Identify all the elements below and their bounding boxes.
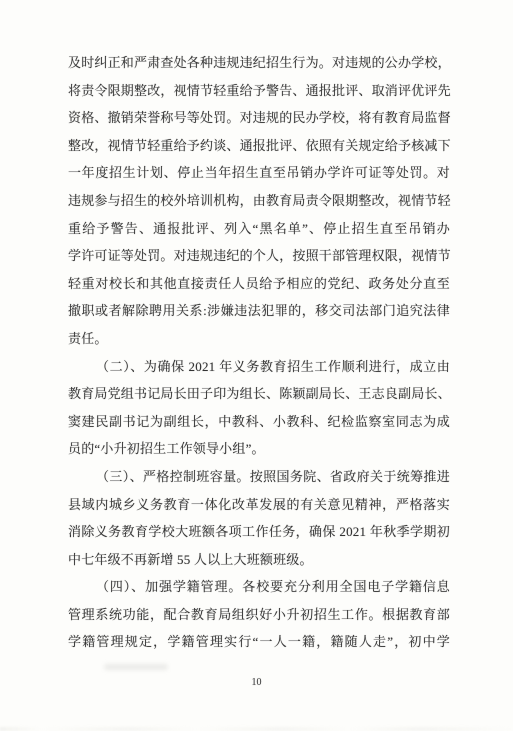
text-line: 轻重对校长和其他直接责任人员给予相应的党纪、政务处分直至 xyxy=(68,270,450,298)
text-line: 员的“小升初招生工作领导小组”。 xyxy=(68,435,450,463)
text-line-paragraph-4-start: （四）、加强学籍管理。各校要充分利用全国电子学籍信息 xyxy=(68,573,450,601)
text-line: 违规参与招生的校外培训机构，由教育局责令限期整改，视情节轻 xyxy=(68,187,450,215)
scan-edge-artifact xyxy=(0,727,513,731)
text-line: 撤职或者解除聘用关系:涉嫌违法犯罪的，移交司法部门追究法律 xyxy=(68,297,450,325)
text-line: 县域内城乡义务教育一体化改革发展的有关意见精神，严格落实 xyxy=(68,491,450,519)
text-line: 整改，视情节轻重给予约谈、通报批评、依照有关规定给予核减下 xyxy=(68,132,450,160)
text-line: 消除义务教育学校大班额各项工作任务，确保 2021 年秋季学期初 xyxy=(68,518,450,546)
text-line: 学许可证等处罚。对违规违纪的个人，按照干部管理权限，视情节 xyxy=(68,242,450,270)
text-line: 一年度招生计划、停止当年招生直至吊销办学许可证等处罚。对 xyxy=(68,159,450,187)
text-line: 窦建民副书记为副组长，中教科、小教科、纪检监察室同志为成 xyxy=(68,408,450,436)
text-line-paragraph-3-start: （三）、严格控制班容量。按照国务院、省政府关于统筹推进 xyxy=(68,463,450,491)
text-line: 资格、撤销荣誉称号等处罚。对违规的民办学校，将有教育局监督 xyxy=(68,104,450,132)
text-line: 管理系统功能，配合教育局组织好小升初招生工作。根据教育部 xyxy=(68,601,450,629)
text-line: 及时纠正和严肃查处各种违规违纪招生行为。对违规的公办学校， xyxy=(68,49,450,77)
text-line: 教育局党组书记局长田子印为组长、陈颖副局长、王志良副局长、 xyxy=(68,380,450,408)
text-line: 中七年级不再新增 55 人以上大班额班级。 xyxy=(68,546,450,574)
page-number: 10 xyxy=(0,677,513,688)
text-line: 重给予警告、通报批评、列入“黑名单”、停止招生直至吊销办 xyxy=(68,215,450,243)
document-text-block: 及时纠正和严肃查处各种违规违纪招生行为。对违规的公办学校， 将责令限期整改，视情… xyxy=(68,49,450,656)
text-line-paragraph-2-start: （二）、为确保 2021 年义务教育招生工作顺利进行，成立由 xyxy=(68,353,450,381)
text-line: 将责令限期整改，视情节轻重给予警告、通报批评、取消评优评先 xyxy=(68,77,450,105)
text-line: 责任。 xyxy=(68,325,450,353)
scan-smudge-artifact xyxy=(104,664,168,670)
document-page: 及时纠正和严肃查处各种违规违纪招生行为。对违规的公办学校， 将责令限期整改，视情… xyxy=(0,0,513,731)
text-line: 学籍管理规定，学籍管理实行“一人一籍，籍随人走”，初中学 xyxy=(68,628,450,656)
